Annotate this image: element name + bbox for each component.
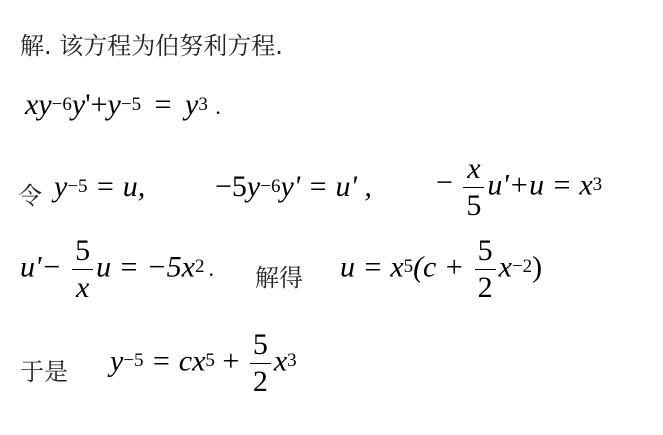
var-y: y	[185, 88, 198, 121]
exponent: −5	[123, 350, 143, 371]
fraction-x-over-5: x 5	[463, 152, 484, 223]
substitution-part2: −5y−6y' = u' ,	[215, 170, 372, 204]
denominator: 5	[463, 189, 484, 223]
fraction-5-over-2: 5 2	[475, 234, 496, 305]
exponent: 2	[195, 256, 205, 277]
exponent: 3	[198, 94, 208, 115]
substitution-part1: y−5 = u,	[54, 170, 145, 204]
exponent: 3	[287, 350, 297, 371]
exponent: −6	[260, 176, 280, 197]
substitution-label-text: 令	[18, 182, 42, 210]
equation-rest: u'+u = x	[487, 168, 592, 201]
solve-label-text: 解得	[255, 264, 303, 292]
var-y: y	[247, 170, 260, 203]
var-y: y	[54, 170, 67, 203]
fraction-bar	[463, 187, 484, 188]
var-x: x	[25, 88, 38, 121]
final-solution: y−5 = cx5 + 5 2 x3	[110, 328, 297, 399]
solution-intro-line: 解. 该方程为伯努利方程.	[20, 26, 283, 61]
numerator: 5	[250, 328, 271, 362]
equation-mid: = cx	[151, 344, 205, 377]
coefficient: −5	[215, 170, 247, 203]
substitution-label: 令	[18, 176, 42, 211]
therefore-label-text: 于是	[20, 358, 68, 386]
numerator: x	[463, 152, 484, 186]
numerator: 5	[475, 234, 496, 268]
var-x: x	[274, 344, 287, 377]
fraction-5-over-2: 5 2	[250, 328, 271, 399]
period: .	[215, 94, 221, 119]
therefore-label: 于是	[20, 352, 68, 387]
fraction-5-over-x: 5 x	[72, 234, 93, 305]
period: .	[208, 256, 214, 281]
equation-start: u'−	[20, 250, 62, 283]
linear-equation: u'− 5 x u = −5x2.	[20, 234, 214, 305]
denominator: 2	[250, 365, 271, 399]
solution-intro-text: 解. 该方程为伯努利方程.	[20, 32, 283, 60]
exponent: −5	[121, 94, 141, 115]
solve-label: 解得	[255, 258, 303, 293]
exponent: 5	[404, 256, 414, 277]
fraction-bar	[475, 269, 496, 270]
equation-start: u = x	[340, 250, 404, 283]
paren-open: (c +	[413, 250, 464, 283]
denominator: 2	[475, 271, 496, 305]
bernoulli-equation: xy−6y'+y−5 = y3 .	[25, 88, 221, 122]
minus-sign: −	[436, 166, 453, 199]
fraction-bar	[72, 269, 93, 270]
exponent: −2	[512, 256, 532, 277]
exponent: −6	[52, 94, 72, 115]
denominator: x	[72, 271, 93, 305]
substitution-part3: − x 5 u'+u = x3	[436, 152, 602, 223]
fraction-bar	[250, 363, 271, 364]
var-y: y	[72, 88, 85, 121]
equals-sign: =	[155, 88, 172, 121]
var-y: y	[110, 344, 123, 377]
exponent: 5	[205, 350, 215, 371]
var-x: x	[499, 250, 512, 283]
paren-close: )	[532, 250, 542, 283]
numerator: 5	[72, 234, 93, 268]
exponent: 3	[593, 174, 603, 195]
equation-rest: y' = u' ,	[280, 170, 371, 203]
var-y: y	[38, 88, 51, 121]
general-solution-u: u = x5(c + 5 2 x−2)	[340, 234, 542, 305]
equation-rest: = u,	[95, 170, 145, 203]
plus-sign: +	[91, 88, 108, 121]
plus-sign: +	[222, 344, 239, 377]
var-y: y	[108, 88, 121, 121]
equation-rest: u = −5x	[96, 250, 195, 283]
exponent: −5	[67, 176, 87, 197]
